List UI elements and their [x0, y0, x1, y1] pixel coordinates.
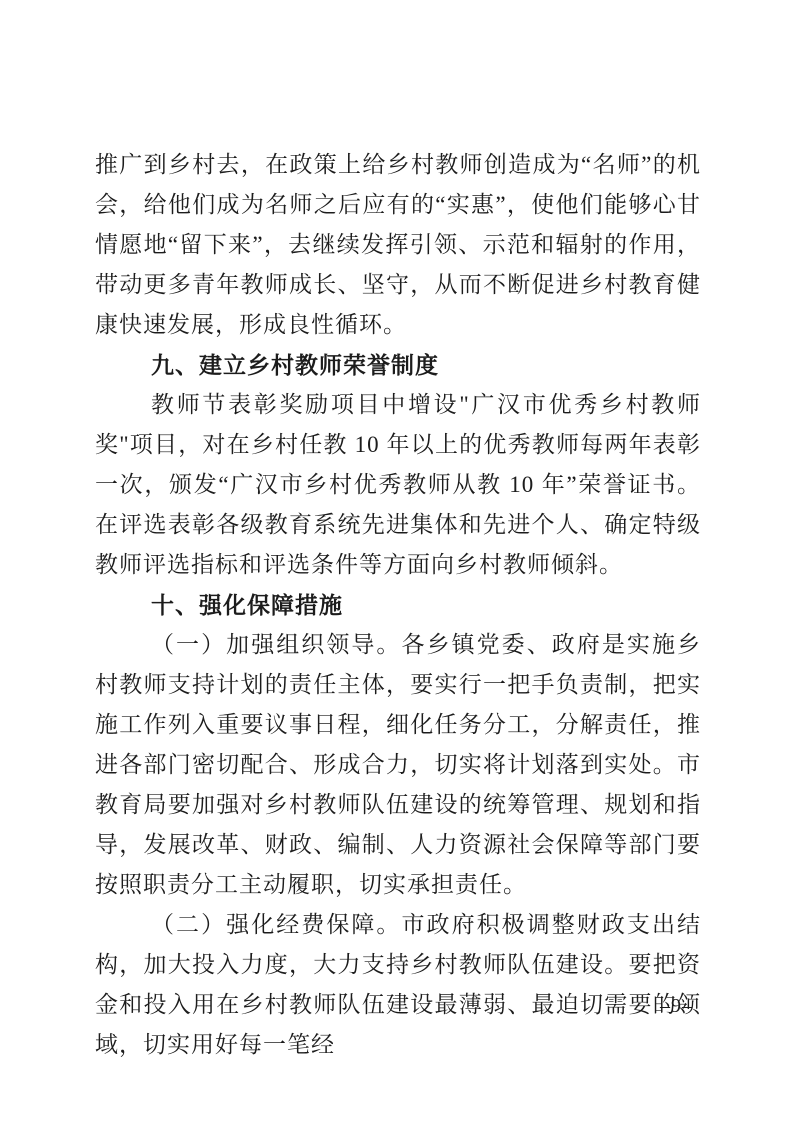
paragraph-honor-system: 教师节表彰奖励项目中增设"广汉市优秀乡村教师奖"项目，对在乡村任教 10 年以上… [95, 385, 701, 585]
paragraph-organization-leadership: （一）加强组织领导。各乡镇党委、政府是实施乡村教师支持计划的责任主体，要实行一把… [95, 625, 701, 905]
section-heading-ten: 十、强化保障措施 [95, 585, 701, 625]
section-heading-nine: 九、建立乡村教师荣誉制度 [95, 345, 701, 385]
document-body: 推广到乡村去，在政策上给乡村教师创造成为“名师”的机会，给他们成为名师之后应有的… [95, 145, 701, 1065]
document-page: 推广到乡村去，在政策上给乡村教师创造成为“名师”的机会，给他们成为名师之后应有的… [0, 0, 793, 1122]
paragraph-funding-guarantee: （二）强化经费保障。市政府积极调整财政支出结构，加大投入力度，大力支持乡村教师队… [95, 905, 701, 1065]
paragraph-continuation: 推广到乡村去，在政策上给乡村教师创造成为“名师”的机会，给他们成为名师之后应有的… [95, 145, 701, 345]
page-number: –9– [660, 993, 693, 1019]
